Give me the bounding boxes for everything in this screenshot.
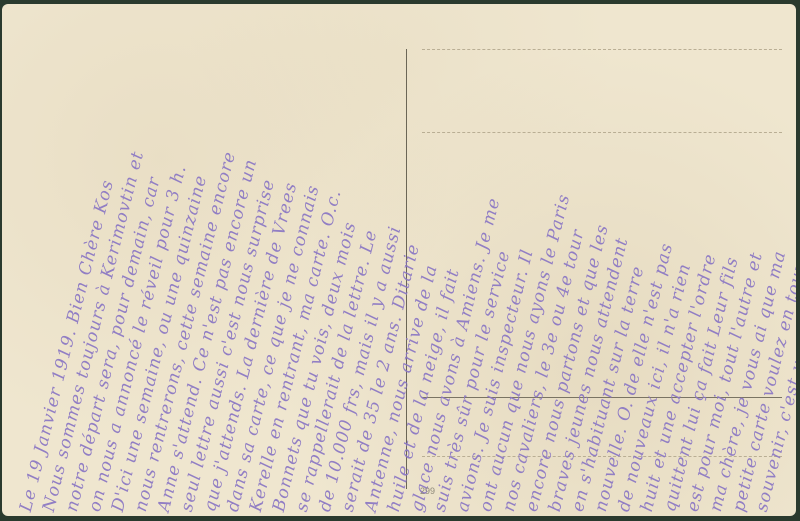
print-number: 299 xyxy=(420,486,435,496)
postcard: Le 19 Janvier 1919. Bien Chère Kos Nous … xyxy=(2,4,796,516)
handwritten-text: Le 19 Janvier 1919. Bien Chère Kos Nous … xyxy=(2,4,796,516)
